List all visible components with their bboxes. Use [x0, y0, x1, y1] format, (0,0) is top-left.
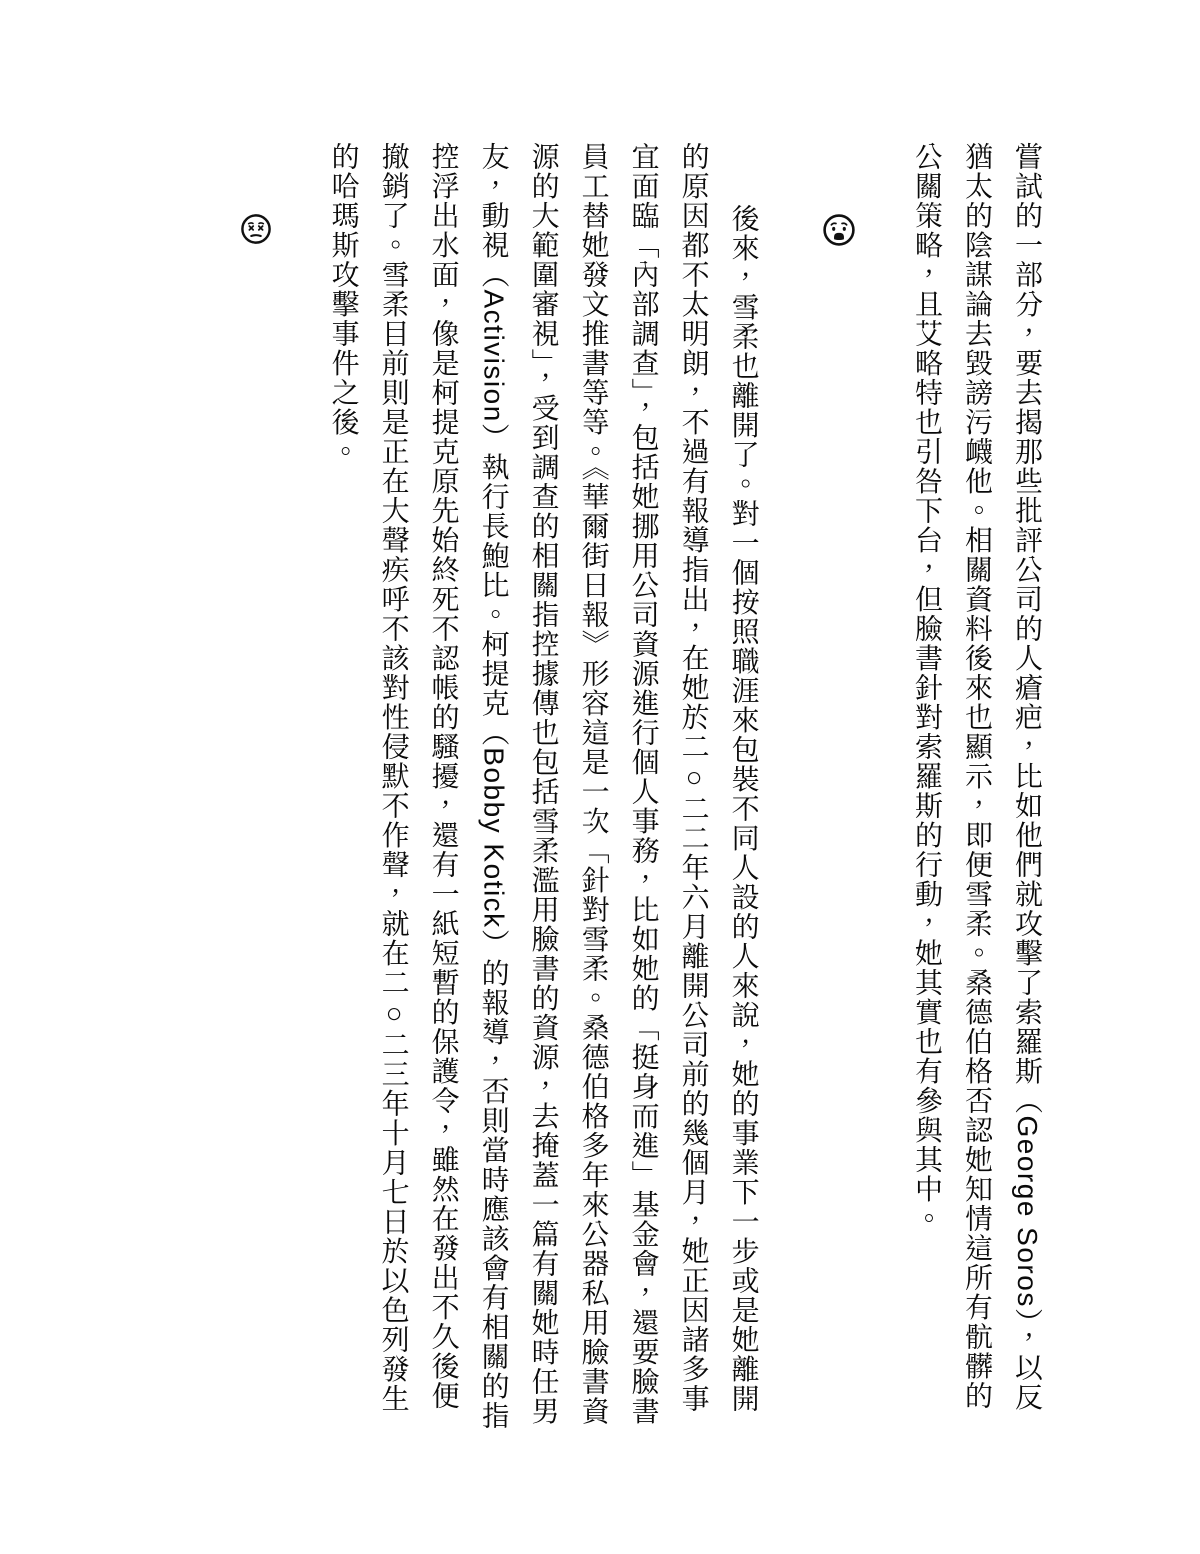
paragraph-continuation: 嘗試的一部分，要去揭那些批評公司的人瘡疤，比如他們就攻擊了索羅斯（George …	[902, 142, 1052, 1432]
fearful-face-emoji-icon	[821, 212, 857, 248]
book-page: 嘗試的一部分，要去揭那些批評公司的人瘡疤，比如他們就攻擊了索羅斯（George …	[0, 0, 1200, 1554]
paragraph-main: 後來，雪柔也離開了。對一個按照職涯來包裝不同人設的人來說，她的事業下一步或是她離…	[319, 142, 769, 1432]
vertical-text-content: 嘗試的一部分，要去揭那些批評公司的人瘡疤，比如他們就攻擊了索羅斯（George …	[200, 142, 1052, 1432]
emoji-line-1	[807, 142, 857, 1432]
persevering-face-emoji-icon	[239, 212, 273, 246]
emoji-line-2	[224, 142, 274, 1432]
